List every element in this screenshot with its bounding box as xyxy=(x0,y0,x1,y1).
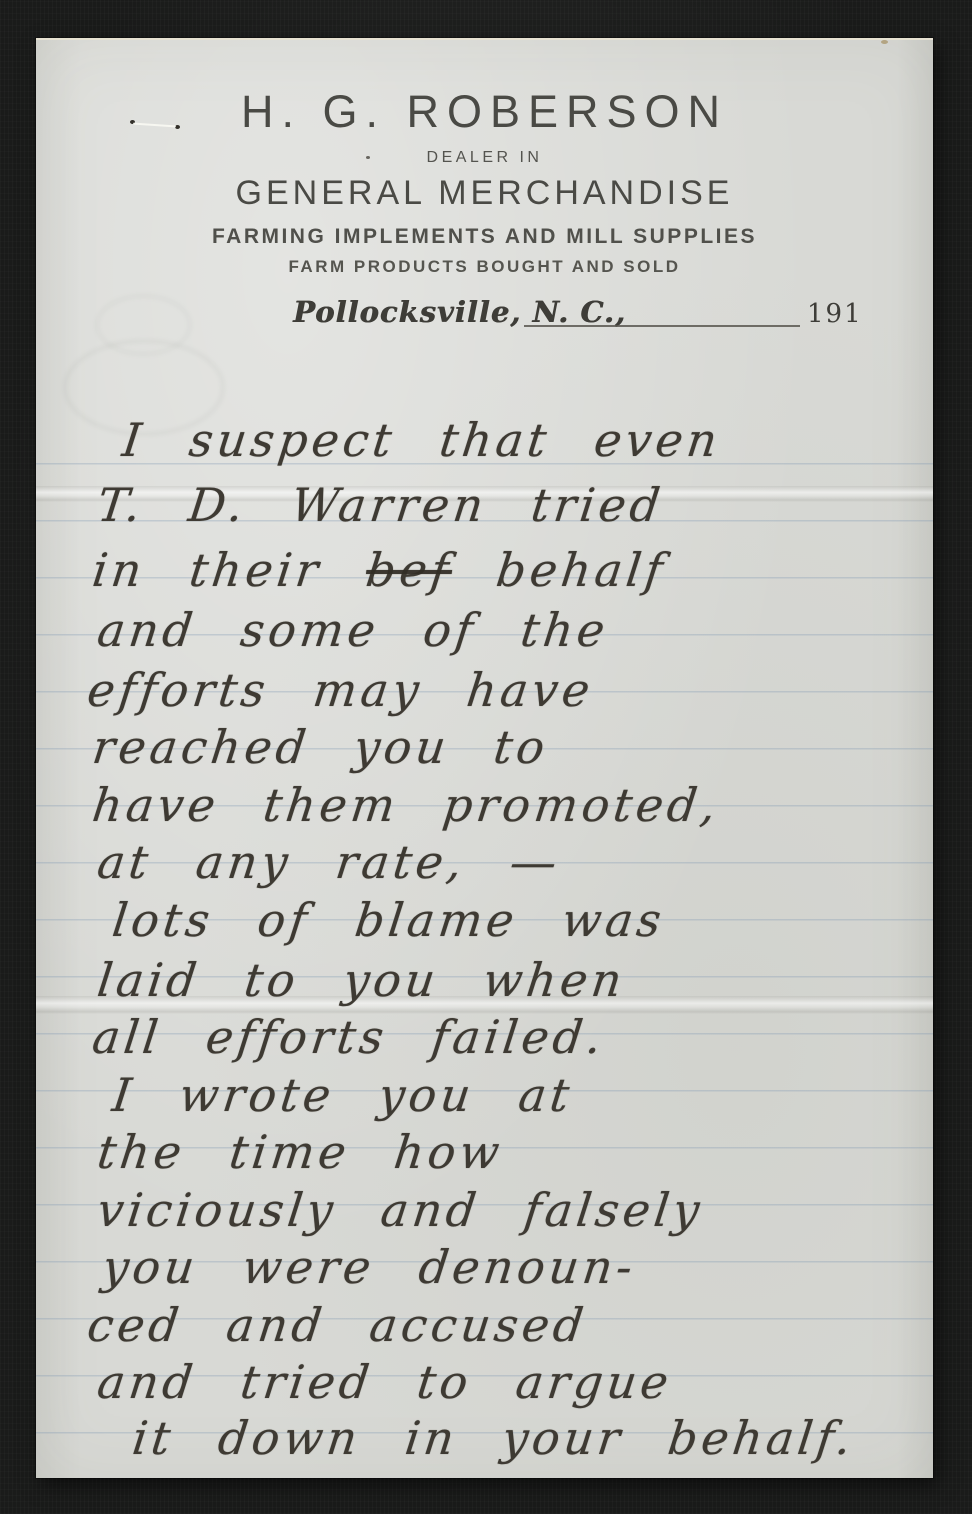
handwritten-line-6: reached you to xyxy=(90,724,551,770)
dateline: Pollocksville, N. C., 191 xyxy=(36,295,933,341)
paper-speck xyxy=(881,40,888,44)
letterhead: H. G. ROBERSON DEALER IN GENERAL MERCHAN… xyxy=(36,86,933,277)
handwritten-line-4: and some of the xyxy=(95,607,611,653)
handwritten-text: lots of blame was xyxy=(110,893,669,947)
handwritten-line-1: I suspect that even xyxy=(120,417,724,463)
dateline-year: 191 xyxy=(807,299,863,329)
handwritten-line-15: you were denoun- xyxy=(100,1244,639,1290)
handwritten-text: reached you to xyxy=(90,720,552,774)
handwritten-text: have them promoted, xyxy=(90,778,723,832)
handwritten-text: you were denoun- xyxy=(100,1240,640,1294)
handwritten-text: I wrote you at xyxy=(110,1068,577,1122)
handwritten-text: behalf xyxy=(449,543,670,597)
handwritten-line-2: T. D. Warren tried xyxy=(95,482,666,528)
handwritten-text: efforts may have xyxy=(85,663,597,717)
scan-background: H. G. ROBERSON DEALER IN GENERAL MERCHAN… xyxy=(0,0,972,1514)
dateline-blank-rule xyxy=(524,325,800,327)
handwritten-text: all efforts failed. xyxy=(90,1010,609,1064)
handwritten-line-3: in their bef behalf xyxy=(90,547,669,593)
struck-word: bef xyxy=(363,543,455,597)
handwritten-line-11: all efforts failed. xyxy=(90,1014,608,1060)
handwritten-line-16: ced and accused xyxy=(85,1302,590,1348)
handwritten-text: in their xyxy=(90,543,370,597)
handwritten-text: it down in your behalf. xyxy=(130,1411,859,1465)
letterhead-services-line: FARMING IMPLEMENTS AND MILL SUPPLIES xyxy=(36,225,933,249)
dateline-place: Pollocksville, N. C., xyxy=(293,295,626,329)
handwritten-text: and some of the xyxy=(95,603,612,657)
handwritten-line-8: at any rate, — xyxy=(95,839,563,885)
handwritten-text: laid to you when xyxy=(95,953,629,1007)
handwritten-line-7: have them promoted, xyxy=(90,782,722,828)
handwritten-line-13: the time how xyxy=(95,1129,506,1175)
handwritten-line-10: laid to you when xyxy=(95,957,628,1003)
handwritten-text: I suspect that even xyxy=(120,413,725,467)
letter-page: H. G. ROBERSON DEALER IN GENERAL MERCHAN… xyxy=(36,38,933,1478)
letterhead-business-line: GENERAL MERCHANDISE xyxy=(36,174,933,213)
letterhead-dealer-line: DEALER IN xyxy=(36,149,933,167)
handwritten-line-9: lots of blame was xyxy=(110,897,668,943)
letterhead-name: H. G. ROBERSON xyxy=(36,86,933,138)
handwritten-text: and tried to argue xyxy=(95,1355,676,1409)
handwritten-text: viciously and falsely xyxy=(95,1183,707,1237)
letterhead-tagline-line: FARM PRODUCTS BOUGHT AND SOLD xyxy=(36,257,933,277)
handwritten-text: T. D. Warren tried xyxy=(95,478,667,532)
handwritten-text: ced and accused xyxy=(85,1298,591,1352)
handwritten-text: at any rate, — xyxy=(95,835,564,889)
handwritten-line-5: efforts may have xyxy=(85,667,596,713)
handwritten-line-17: and tried to argue xyxy=(95,1359,675,1405)
handwritten-line-18: it down in your behalf. xyxy=(130,1415,858,1461)
handwritten-text: the time how xyxy=(95,1125,507,1179)
handwritten-line-14: viciously and falsely xyxy=(95,1187,706,1233)
handwritten-line-12: I wrote you at xyxy=(110,1072,576,1118)
